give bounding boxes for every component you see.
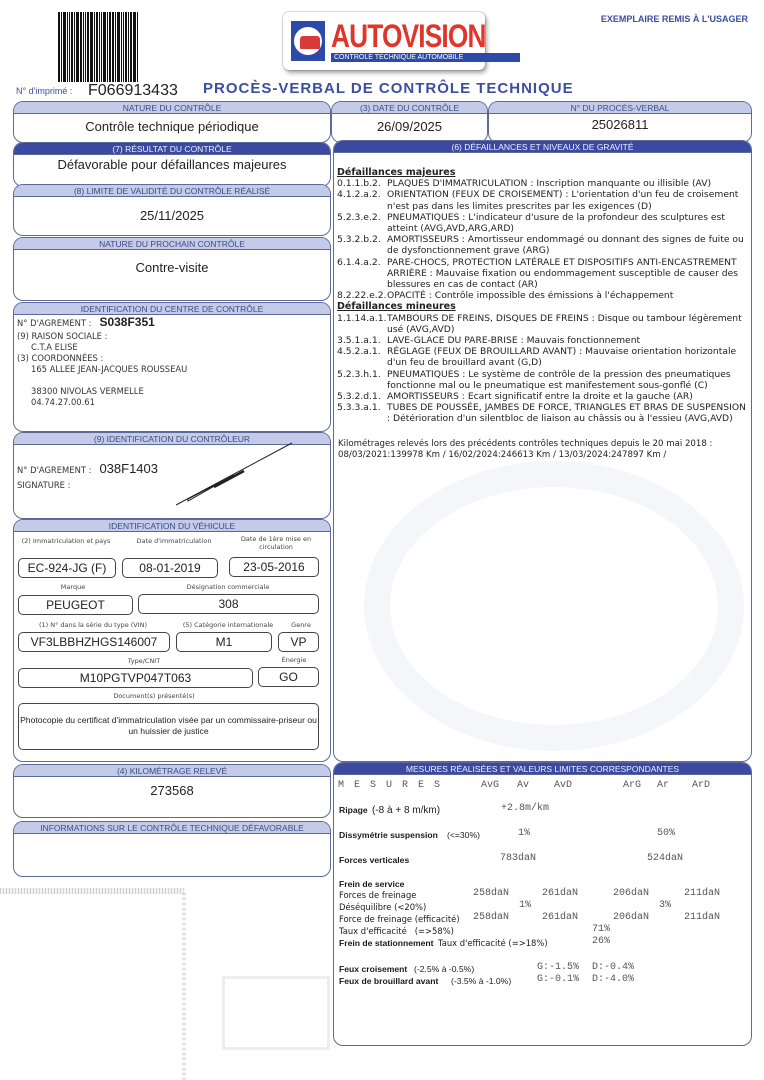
centre-phone: 04.74.27.00.61 [17, 397, 327, 408]
address-line1: 165 ALLEE JEAN-JACQUES ROUSSEAU [17, 364, 327, 375]
defaillance-code: 4.1.2.a.2. [337, 189, 387, 211]
genre-value: VP [278, 632, 319, 652]
dissym-av: 1% [518, 828, 530, 839]
barcode [58, 12, 144, 82]
categorie-label: (5) Catégorie internationale [178, 621, 278, 629]
documents-value: Photocopie du certificat d'immatriculati… [18, 703, 319, 750]
immat-value: EC-924-JG (F) [18, 558, 116, 578]
coordonnees-label: (3) COORDONNÉES : [17, 353, 327, 364]
frein-service-label: Frein de service [339, 879, 404, 889]
date-immat-value: 08-01-2019 [122, 558, 218, 578]
controleur-box: (9) IDENTIFICATION DU CONTRÔLEUR N° D'AG… [13, 432, 331, 519]
defaillance-item: 5.2.3.h.1.PNEUMATIQUES : Le système de c… [337, 369, 747, 391]
designation-label: Désignation commerciale [138, 583, 318, 591]
defaillance-text: AMORTISSEURS : Ecart significatif entre … [387, 391, 747, 402]
designation-value: 308 [138, 594, 319, 614]
defaillance-text: TUBES DE POUSSÉE, JAMBES DE FORCE, TRIAN… [387, 402, 747, 424]
copy-label: EXEMPLAIRE REMIS À L'USAGER [601, 14, 748, 24]
signature-icon [174, 441, 294, 511]
vin-value: VF3LBBHZHGS146007 [18, 632, 170, 652]
kilometrage-value: 273568 [14, 777, 330, 798]
feux-croisement-g: G:-1.5% [537, 962, 579, 973]
type-value: M10PGTVP047T063 [18, 668, 253, 688]
defaillance-item: 5.3.3.a.1.TUBES DE POUSSÉE, JAMBES DE FO… [337, 402, 747, 424]
kilometrage-label: (4) KILOMÉTRAGE RELEVÉ [14, 765, 330, 777]
force-efficacite-label: Force de freinage (efficacité) [339, 914, 460, 924]
dissym-limit: (<=30%) [447, 830, 480, 840]
desequilibre-label: Déséquilibre (<20%) [339, 902, 426, 912]
mineures-list: 1.1.14.a.1.TAMBOURS DE FREINS, DISQUES D… [337, 313, 747, 425]
vehicule-label: IDENTIFICATION DU VÉHICULE [14, 520, 330, 532]
desequilibre-av: 1% [519, 900, 531, 911]
majeures-title: Défaillances majeures [337, 167, 747, 178]
force-efficacite-avg: 258daN [473, 912, 509, 923]
defaillance-text: PNEUMATIQUES : Le système de contrôle de… [387, 369, 747, 391]
prochain-controle-box: NATURE DU PROCHAIN CONTRÔLE Contre-visit… [13, 237, 331, 301]
force-efficacite-avd: 261daN [542, 912, 578, 923]
energie-label: Énergie [264, 656, 324, 664]
marque-value: PEUGEOT [18, 595, 133, 615]
defaillance-text: AMORTISSEURS : Amortisseur endommagé ou … [387, 234, 747, 256]
logo-name: AUTOVISION [331, 21, 486, 51]
defaillance-code: 5.2.3.e.2. [337, 212, 387, 234]
documents-label: Document(s) présenté(s) [94, 692, 214, 700]
imprime-label: N° d'imprimé : [16, 86, 72, 96]
defaillance-code: 5.3.2.b.2. [337, 234, 387, 256]
defaillance-item: 4.1.2.a.2.ORIENTATION (FEUX DE CROISEMEN… [337, 189, 747, 211]
ripage-label: Ripage [339, 805, 368, 815]
taux-efficacite-value: 71% [592, 924, 610, 935]
infos-defavorable-label: INFORMATIONS SUR LE CONTRÔLE TECHNIQUE D… [14, 822, 330, 834]
defaillance-text: TAMBOURS DE FREINS, DISQUES DE FREINS : … [387, 313, 747, 335]
limite-validite-value: 25/11/2025 [14, 197, 330, 223]
date-immat-label: Date d'immatriculation [124, 537, 224, 545]
numero-pv-value: 25026811 [489, 114, 751, 132]
kilometrages-intro: Kilométrages relevés lors des précédents… [338, 439, 747, 450]
feux-brouillard-g: G:-0.1% [537, 974, 579, 985]
mesures-head-title: M E S U R E S [338, 780, 442, 791]
raison-sociale-label: (9) RAISON SOCIALE : [17, 331, 327, 342]
ripage-value: +2.8m/km [501, 803, 549, 814]
feux-brouillard-limit: (-3.5% à -1.0%) [451, 976, 511, 986]
defaillance-code: 0.1.1.b.2. [337, 178, 387, 189]
logo-subtitle: CONTROLE TECHNIQUE AUTOMOBILE [331, 53, 520, 62]
defaillance-text: PLAQUES D'IMMATRICULATION : Inscription … [387, 178, 747, 189]
forces-freinage-avg: 258daN [473, 888, 509, 899]
defaillance-item: 3.5.1.a.1.LAVE-GLACE DU PARE-BRISE : Mau… [337, 335, 747, 346]
mesures-box: MESURES RÉALISÉES ET VALEURS LIMITES COR… [333, 762, 752, 1046]
marque-label: Marque [18, 583, 128, 591]
mineures-title: Défaillances mineures [337, 301, 747, 312]
kilometrage-box: (4) KILOMÉTRAGE RELEVÉ 273568 [13, 764, 331, 818]
defaillance-code: 8.2.22.e.2. [337, 290, 387, 301]
defaillance-code: 5.3.2.d.1. [337, 391, 387, 402]
nature-controle-label: NATURE DU CONTRÔLE [14, 102, 330, 114]
col-avg: AvG [481, 780, 499, 791]
feux-brouillard-d: D:-4.0% [592, 974, 634, 985]
numero-pv-box: N° DU PROCÈS-VERBAL 25026811 [488, 101, 752, 143]
ripage-limit: (-8 à + 8 m/km) [372, 805, 440, 816]
col-ar: Ar [657, 780, 669, 791]
infos-defavorable-box: INFORMATIONS SUR LE CONTRÔLE TECHNIQUE D… [13, 821, 331, 877]
resultat-box: (7) RÉSULTAT DU CONTRÔLE Défavorable pou… [13, 142, 331, 187]
date-controle-label: (3) DATE DU CONTRÔLE [332, 102, 487, 114]
stationnement-taux-label: Taux d'efficacité (=>18%) [438, 938, 548, 948]
forces-freinage-avd: 261daN [542, 888, 578, 899]
autovision-logo: AUTOVISION CONTROLE TECHNIQUE AUTOMOBILE [283, 12, 485, 70]
forces-verticales-ar: 524daN [647, 853, 683, 864]
stationnement-value: 26% [592, 936, 610, 947]
defaillance-code: 1.1.14.a.1. [337, 313, 387, 335]
desequilibre-ar: 3% [659, 900, 671, 911]
address-line2: 38300 NIVOLAS VERMELLE [17, 386, 327, 397]
defaillance-code: 6.1.4.a.2. [337, 257, 387, 291]
feux-brouillard-label: Feux de brouillard avant [339, 976, 438, 986]
defaillance-item: 0.1.1.b.2.PLAQUES D'IMMATRICULATION : In… [337, 178, 747, 189]
taux-efficacite-label: Taux d'efficacité (=>58%) [339, 926, 454, 936]
feux-croisement-label: Feux croisement [339, 964, 407, 974]
col-arg: ArG [623, 780, 641, 791]
centre-box: IDENTIFICATION DU CENTRE DE CONTRÔLE N° … [13, 302, 331, 432]
defaillance-item: 4.5.2.a.1.RÉGLAGE (FEUX DE BROUILLARD AV… [337, 346, 747, 368]
defaillances-box: (6) DÉFAILLANCES ET NIVEAUX DE GRAVITÉ D… [333, 140, 752, 762]
date-mec-value: 23-05-2016 [229, 557, 319, 577]
defaillance-code: 4.5.2.a.1. [337, 346, 387, 368]
forces-verticales-label: Forces verticales [339, 855, 409, 865]
watermark [364, 461, 744, 751]
col-av: Av [517, 780, 529, 791]
centre-agrement-value: S038F351 [99, 315, 154, 329]
controleur-agrement-label: N° D'AGREMENT : [17, 465, 91, 475]
controleur-agrement-value: 038F1403 [99, 461, 158, 476]
page-title: PROCÈS-VERBAL DE CONTRÔLE TECHNIQUE [203, 80, 574, 97]
defaillance-item: 5.3.2.b.2.AMORTISSEURS : Amortisseur end… [337, 234, 747, 256]
resultat-value: Défavorable pour défaillances majeures [14, 155, 330, 172]
defaillances-label: (6) DÉFAILLANCES ET NIVEAUX DE GRAVITÉ [334, 141, 751, 153]
feux-croisement-d: D:-0.4% [592, 962, 634, 973]
defaillance-item: 5.3.2.d.1.AMORTISSEURS : Ecart significa… [337, 391, 747, 402]
prochain-controle-label: NATURE DU PROCHAIN CONTRÔLE [14, 238, 330, 250]
limite-validite-box: (8) LIMITE DE VALIDITÉ DU CONTRÔLE RÉALI… [13, 184, 331, 236]
raison-sociale-value: C.T.A ELISE [17, 342, 327, 353]
immat-label: (2) Immatriculation et pays [16, 537, 116, 545]
forces-freinage-ard: 211daN [684, 888, 720, 899]
resultat-label: (7) RÉSULTAT DU CONTRÔLE [14, 143, 330, 155]
force-efficacite-ard: 211daN [684, 912, 720, 923]
car-inspection-icon [291, 21, 325, 61]
numero-pv-label: N° DU PROCÈS-VERBAL [489, 102, 751, 114]
defaillance-text: LAVE-GLACE DU PARE-BRISE : Mauvais fonct… [387, 335, 747, 346]
nature-controle-box: NATURE DU CONTRÔLE Contrôle technique pé… [13, 101, 331, 143]
nature-controle-value: Contrôle technique périodique [14, 114, 330, 134]
date-controle-box: (3) DATE DU CONTRÔLE 26/09/2025 [331, 101, 488, 143]
defaillance-text: PARE-CHOCS, PROTECTION LATÉRALE ET DISPO… [387, 257, 747, 291]
type-label: Type/CNIT [94, 657, 194, 665]
defaillance-text: ORIENTATION (FEUX DE CROISEMENT) : L'ori… [387, 189, 747, 211]
scan-artifact [0, 888, 185, 894]
col-avd: AvD [554, 780, 572, 791]
defaillance-text: RÉGLAGE (FEUX DE BROUILLARD AVANT) : Mau… [387, 346, 747, 368]
kilometrages-history: 08/03/2021:139978 Km / 16/02/2024:246613… [338, 450, 747, 461]
defaillance-item: 5.2.3.e.2.PNEUMATIQUES : L'indicateur d'… [337, 212, 747, 234]
scan-artifact [222, 976, 330, 1050]
forces-freinage-arg: 206daN [613, 888, 649, 899]
energie-value: GO [258, 667, 319, 687]
force-efficacite-arg: 206daN [613, 912, 649, 923]
feux-croisement-limit: (-2.5% à -0.5%) [414, 964, 474, 974]
defaillance-code: 5.3.3.a.1. [337, 402, 387, 424]
prochain-controle-value: Contre-visite [14, 250, 330, 275]
centre-agrement-label: N° D'AGREMENT : [17, 318, 91, 328]
imprime-value: F066913433 [88, 82, 178, 100]
vin-label: (1) N° dans la série du type (VIN) [18, 621, 168, 629]
frein-stationnement-label: Frein de stationnement [339, 938, 434, 948]
vehicule-box: IDENTIFICATION DU VÉHICULE (2) Immatricu… [13, 519, 331, 762]
scan-artifact [182, 890, 186, 1080]
date-controle-value: 26/09/2025 [332, 114, 487, 134]
date-mec-label: Date de 1ère mise en circulation [236, 535, 316, 551]
defaillance-text: OPACITÉ : Contrôle impossible des émissi… [387, 290, 747, 301]
forces-freinage-label: Forces de freinage [339, 890, 416, 900]
defaillance-code: 3.5.1.a.1. [337, 335, 387, 346]
defaillance-item: 8.2.22.e.2.OPACITÉ : Contrôle impossible… [337, 290, 747, 301]
dissym-label: Dissymétrie suspension [339, 830, 438, 840]
defaillance-item: 6.1.4.a.2.PARE-CHOCS, PROTECTION LATÉRAL… [337, 257, 747, 291]
genre-label: Genre [284, 621, 318, 629]
majeures-list: 0.1.1.b.2.PLAQUES D'IMMATRICULATION : In… [337, 178, 747, 301]
forces-verticales-av: 783daN [500, 853, 536, 864]
mesures-label: MESURES RÉALISÉES ET VALEURS LIMITES COR… [334, 763, 751, 775]
dissym-ar: 50% [657, 828, 675, 839]
defaillance-text: PNEUMATIQUES : L'indicateur d'usure de l… [387, 212, 747, 234]
col-ard: ArD [692, 780, 710, 791]
defaillance-code: 5.2.3.h.1. [337, 369, 387, 391]
centre-label: IDENTIFICATION DU CENTRE DE CONTRÔLE [14, 303, 330, 315]
limite-validite-label: (8) LIMITE DE VALIDITÉ DU CONTRÔLE RÉALI… [14, 185, 330, 197]
defaillance-item: 1.1.14.a.1.TAMBOURS DE FREINS, DISQUES D… [337, 313, 747, 335]
categorie-value: M1 [176, 632, 272, 652]
